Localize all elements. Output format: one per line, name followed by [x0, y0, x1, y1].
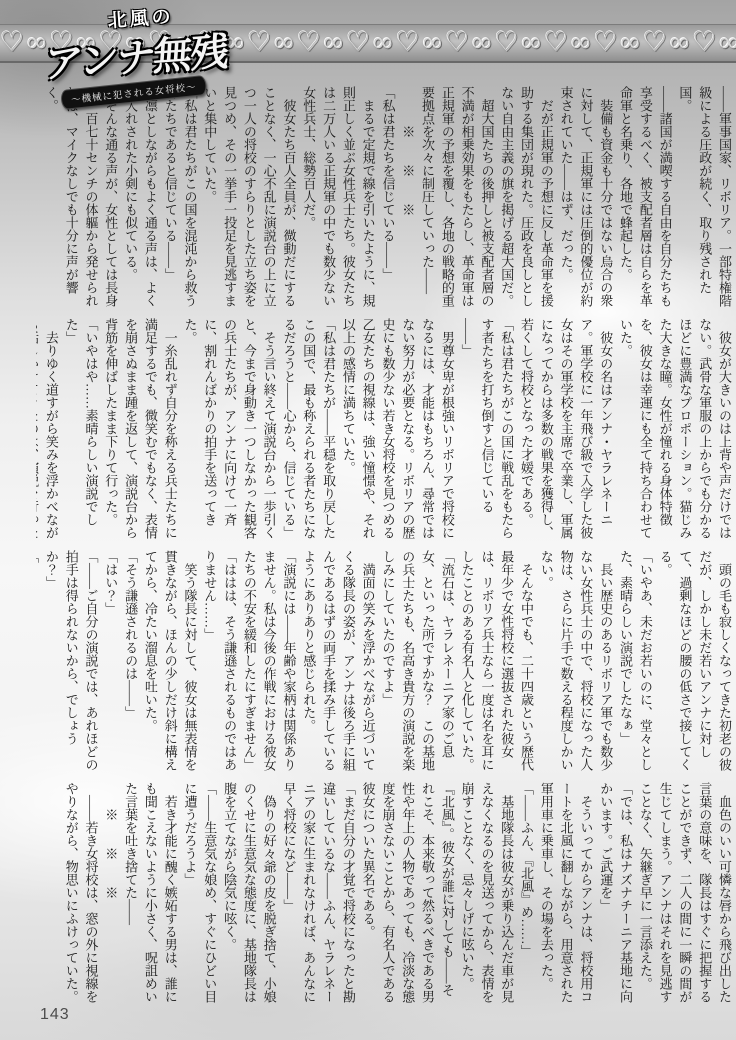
text-column-paragraph: 基地隊長は彼女が乗り込んだ車が見えなくなるのを見送ってから、表情を崩すことなく、… — [457, 782, 516, 1009]
text-block-3: 頭の毛も寂しくなってきた初老の彼だが、しかし未だ若いアンナに対して、過剰なほどの… — [36, 550, 734, 777]
text-column-paragraph: 頭の毛も寂しくなってきた初老の彼だが、しかし未だ若いアンナに対して、過剰なほどの… — [655, 550, 734, 777]
text-column-paragraph: ——軍事国家、リボリア。一部特権階級による圧政が続く、取り残された国。 — [675, 86, 734, 313]
text-column-paragraph: 長い歴史のあるリボリア軍でも数少ない女性兵士の中で、将校になった人物は、さらに片… — [536, 550, 615, 777]
text-column-paragraph: 男尊女卑が根強いリボリアで将校になるには、才能はもちろん、尋常ではない努力が必要… — [338, 318, 457, 545]
text-column-paragraph: 「私は君たちがこの国に戦乱をもたらす者たちを打ち倒すと信じている——」 — [457, 318, 516, 545]
text-column-paragraph: ——諸国が満喫する自由を自分たちも享受するべく、被支配者層は自らを革命軍と名乗り… — [615, 86, 674, 313]
text-column-paragraph: 彼女が大きいのは上背や声だけではない。武骨な軍服の上からでも分かるほどに豊満なプ… — [615, 318, 734, 545]
text-column-paragraph: 「私は君たちが——平穏を取り戻したこの国で、最も称えられる者たちになるだろうと—… — [279, 318, 338, 545]
text-block-1: ——軍事国家、リボリア。一部特権階級による圧政が続く、取り残された国。——諸国が… — [36, 86, 734, 313]
text-column-paragraph: ※ ※ ※ — [101, 782, 121, 1009]
text-column-paragraph: 一糸乱れず自分を称える兵士たちに満足するでも、微笑むでもなく、表情を崩さぬまま踵… — [101, 318, 180, 545]
text-column-paragraph: 彼女たち百人全員が、微動だにすることなく、一心不乱に演説台の上に立つ一人の将校の… — [199, 86, 298, 313]
text-column-paragraph: 超大国たちの後押しと被支配者層の不満が相乗効果をもたらし、革命軍は正規軍の予想を… — [417, 86, 496, 313]
text-column-paragraph: 去りゆく道すがら笑みを浮かべながら話しかけてきたのは、演説を行った基地を監督する… — [36, 318, 61, 545]
text-column-paragraph: 「——ご自分の演説では、あれほどの拍手は得られないから、でしょうか？」 — [41, 550, 100, 777]
page-number: 143 — [40, 1006, 70, 1024]
text-column-paragraph: 満面の笑みを浮かべながら近づいてくる隊長の姿が、アンナは後ろ手に組んであるはずの… — [298, 550, 377, 777]
text-column-paragraph: 「いやはや……素晴らしい演説でした」 — [61, 318, 101, 545]
text-column-paragraph: 「いやあ、未だお若いのに、堂々とした、素晴らしい演説でしたなぁ」 — [615, 550, 655, 777]
text-column-paragraph: 装備も資金も十分ではない烏合の衆に対して、正規軍には圧倒的優位が約束されていた—… — [556, 86, 615, 313]
text-column-paragraph: そう言い終えて演説台から一歩引くと、今まで身動き一つしなかった観客の兵士たちが、… — [180, 318, 279, 545]
text-column-paragraph: 「では、私はナズナチーニア基地に向かいます。ご武運を」 — [595, 782, 635, 1009]
text-column-paragraph: 偽りの好々爺の皮を脱ぎ捨て、小娘のくせに生意気な態度に、基地隊長は腹を立てながら… — [219, 782, 278, 1009]
novel-page: ♡∞♡∞♡∞♡∞♡∞♡∞♡∞♡∞♡∞♡∞♡∞♡∞♡∞♡∞♡∞♡∞♡ 北風の アン… — [0, 0, 736, 1040]
text-column-paragraph: 凛としながらもよく通る声は、よく手入れされた小剣にも似ている。 — [120, 86, 160, 313]
text-column-paragraph: ※ ※ ※ — [397, 86, 417, 313]
text-column-paragraph: 「はい？」 — [101, 550, 121, 777]
text-column-paragraph: 「私は君たちがこの国を混沌から救う者たちであると信じている——」 — [160, 86, 200, 313]
text-column-paragraph: そういってからアンナは、将校用コートを北風に翻しながら、用意された軍用車に乗車し… — [536, 782, 595, 1009]
text-column-paragraph: ——若き女将校は、窓の外に視線をやりながら、物思いにふけっていた。 — [61, 782, 101, 1009]
text-column-paragraph: 血色のいい可憐な唇から飛び出した言葉の意味を、隊長はすぐに把握することができず、… — [635, 782, 734, 1009]
text-column-paragraph: 「まだ自分の才覚で将校になったと勘違いしているな——ふん、ヤラレネーニアの家に生… — [279, 782, 358, 1009]
text-column-paragraph: 「流石は、ヤラレネーニア家のご息女、といった所ですかな？ この基地の兵士たちも、… — [378, 550, 457, 777]
text-block-2: 彼女が大きいのは上背や声だけではない。武骨な軍服の上からでも分かるほどに豊満なプ… — [36, 318, 734, 545]
text-column-paragraph: 「——」 — [36, 550, 41, 777]
text-column-paragraph: 「ははは、そう謙遜されるものではありません……」 — [199, 550, 239, 777]
text-column-paragraph: そんな中でも、二十四歳という歴代最年少で女性将校に選抜された彼女は、リボリア兵士… — [457, 550, 536, 777]
novel-text: ——軍事国家、リボリア。一部特権階級による圧政が続く、取り残された国。——諸国が… — [36, 86, 734, 1014]
text-column-paragraph: だが正規軍の予想に反し革命軍を援助する集団が現れた。圧政を良しとしない自由主義の… — [496, 86, 555, 313]
text-column-paragraph: 「——ふん、『北風』め……」 — [516, 782, 536, 1009]
text-column-paragraph: 笑う隊長に対して、彼女は無表情を貫きながら、ほんの少しだけ斜に構えてから、冷たい… — [140, 550, 199, 777]
title-logo: 北風の アンナ無残 ～機械に犯される女将校～ — [41, 0, 237, 109]
text-column-paragraph: そんな通る声が、女性としては長身な、百七十センチの体軀から発せられれば、マイクな… — [41, 86, 120, 313]
text-column-paragraph: 「——生意気な娘め、すぐにひどい目に遭うだろうよ」 — [180, 782, 220, 1009]
text-column-paragraph: 若き才能に醜く嫉妬する男は、誰にも聞こえないように小さく、呪詛めいた言葉を吐き捨… — [120, 782, 179, 1009]
text-column-paragraph: 「そう謙遜されるのは——」 — [120, 550, 140, 777]
text-column-paragraph: 彼女の名はアンナ・ヤラレネーニア。軍学校に一年飛び級で入学した彼女はその軍学校を… — [516, 318, 615, 545]
text-column-paragraph: 「演説には——年齢や家柄は関係ありません。私は今後の作戦における彼女たちの不安を… — [239, 550, 298, 777]
text-column-paragraph: まるで定規で線を引いたように、規則正しく並ぶ女性兵士たち。彼女たちは二万人いる正… — [298, 86, 377, 313]
text-column-paragraph: 『北風』。彼女が誰に対しても——それこそ、本来敬って然るべきである男性や年上の人… — [358, 782, 457, 1009]
text-column-paragraph: 「私は君たちを信じている——」 — [378, 86, 398, 313]
text-block-4: 血色のいい可憐な唇から飛び出した言葉の意味を、隊長はすぐに把握することができず、… — [36, 782, 734, 1009]
title-main: アンナ無残 — [42, 20, 235, 90]
